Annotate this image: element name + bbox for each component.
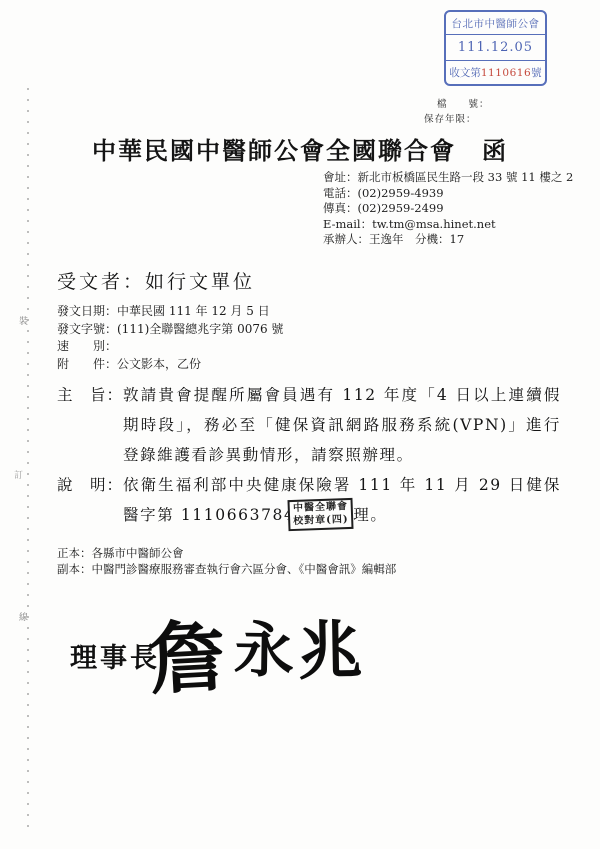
received-number-suffix: 號 xyxy=(531,67,542,79)
contact-fax: 傳真：(02)2959-2499 xyxy=(323,201,573,217)
document-type: 函 xyxy=(482,136,508,165)
signature-char-2: 永 xyxy=(233,602,294,689)
ref-number-line: 發文字號：(111)全聯醫總兆字第 0076 號 xyxy=(57,321,283,339)
signature-char-1: 詹 xyxy=(145,594,229,710)
contact-email: E-mail：tw.tm@msa.hinet.net xyxy=(323,217,573,233)
cc-copy-line: 副本：中醫門診醫療服務審查執行會六區分會、《中醫會訊》編輯部 xyxy=(57,562,396,578)
contact-info-block: 會址：新北市板橋區民生路一段 33 號 11 樓之 2 電話：(02)2959-… xyxy=(323,170,573,248)
received-stamp-number: 收文第1110616號 xyxy=(446,61,545,84)
binding-mark-xian: 線 xyxy=(19,610,28,623)
contact-phone: 電話：(02)2959-4939 xyxy=(323,186,573,202)
binding-dotted-line xyxy=(27,88,29,832)
recipient-line: 受文者：如行文單位 xyxy=(57,267,255,294)
file-number-label: 檔 號： xyxy=(424,97,490,112)
binding-mark-zhuang: 裝 xyxy=(19,314,28,327)
received-stamp-date: 111.12.05 xyxy=(446,35,545,61)
copies-block: 正本：各縣市中醫師公會 副本：中醫門診醫療服務審查執行會六區分會、《中醫會訊》編… xyxy=(57,546,396,577)
description-label: 說 明： xyxy=(57,470,123,500)
attachment-line: 附 件：公文影本，乙份 xyxy=(57,356,283,374)
signature-char-3: 兆 xyxy=(297,599,363,692)
retention-label: 保存年限： xyxy=(424,112,490,127)
official-letter-page: 裝 訂 線 台北市中醫師公會 111.12.05 收文第1110616號 檔 號… xyxy=(0,0,600,849)
issue-date-line: 發文日期：中華民國 111 年 12 月 5 日 xyxy=(57,303,283,321)
original-copy-line: 正本：各縣市中醫師公會 xyxy=(57,546,396,562)
speed-line: 速 別： xyxy=(57,338,283,356)
subject-paragraph: 主 旨： 敦請貴會提醒所屬會員遇有 112 年度「4 日以上連續假期時段」，務必… xyxy=(57,380,561,470)
document-meta-block: 發文日期：中華民國 111 年 12 月 5 日 發文字號：(111)全聯醫總兆… xyxy=(57,303,283,373)
proofreading-stamp-line2: 校對章(四) xyxy=(293,514,349,528)
chairman-signature: 詹永兆 xyxy=(148,596,362,708)
contact-handler: 承辦人：王逸年 分機：17 xyxy=(323,232,573,248)
received-number-prefix: 收文第 xyxy=(449,67,481,79)
received-stamp-org: 台北市中醫師公會 xyxy=(446,12,545,35)
subject-label: 主 旨： xyxy=(57,380,123,410)
file-reference-block: 檔 號： 保存年限： xyxy=(424,97,490,127)
received-stamp: 台北市中醫師公會 111.12.05 收文第1110616號 xyxy=(444,10,547,86)
received-number-value: 1110616 xyxy=(481,67,531,79)
issuing-org-name: 中華民國中醫師公會全國聯合會 xyxy=(92,136,456,165)
contact-address: 會址：新北市板橋區民生路一段 33 號 11 樓之 2 xyxy=(323,170,573,186)
proofreading-stamp: 中醫全聯會 校對章(四) xyxy=(287,498,354,531)
subject-text: 敦請貴會提醒所屬會員遇有 112 年度「4 日以上連續假期時段」，務必至「健保資… xyxy=(123,380,561,470)
document-title: 中華民國中醫師公會全國聯合會函 xyxy=(0,131,600,166)
binding-mark-ding: 訂 xyxy=(14,468,23,481)
